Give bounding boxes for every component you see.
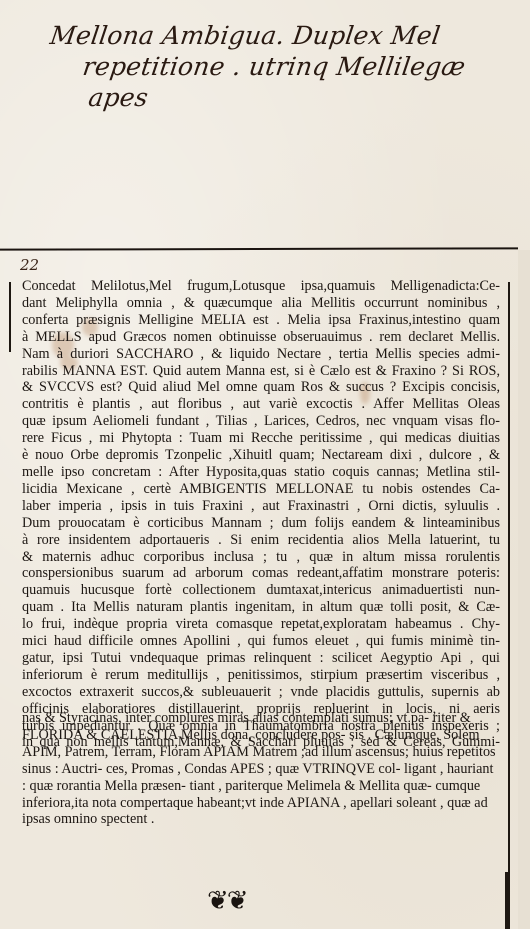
left-column-rule (9, 282, 11, 352)
manuscript-line: apes (39, 82, 483, 113)
manuscript-annotation: Mellona Ambigua. Duplex Mel repetitione … (39, 20, 492, 113)
text-line: contritis è plantis , aut floribus , aut… (22, 396, 500, 413)
text-line: rabilis MANNA EST. Quid autem Manna est,… (22, 363, 500, 380)
text-line: à MELLS apud Græcos nomen obtinuisse obs… (22, 329, 500, 346)
manuscript-line: repetitione . utrinq Mellilegæ (44, 51, 488, 82)
text-line: rere Ficus , mi Phytopta : Tuam mi Recch… (22, 430, 500, 447)
page-edge (518, 250, 530, 929)
text-line: è nouo Orbe depromis Tzonpelic ,Xihuitl … (22, 447, 500, 464)
text-line: quamuis hucusque fortè collectionem dumt… (22, 582, 500, 599)
text-line: & maternis adhuc corporibus inclusa ; tu… (22, 549, 500, 566)
manuscript-line: Mellona Ambigua. Duplex Mel (48, 20, 492, 51)
text-line: tiant , pariterque Melimela & Mellita qu… (189, 778, 431, 794)
text-line: quam . Ita Mellis naturam plantis ingeni… (22, 599, 500, 616)
text-line: habeant;vt inde APIANA , apellari (197, 795, 393, 811)
text-line: laber imperia , ipsis in tuis Fraxini , … (22, 498, 500, 515)
page-number: 22 (20, 256, 39, 274)
text-line: lo frui, indèque propria vireta comasque… (22, 616, 500, 633)
text-line: excoctos extraxerit succos,& subleuaueri… (22, 684, 500, 701)
text-line: melle ipso concretam : After Hyposita,qu… (22, 464, 500, 481)
text-line: ces, Promas , Condas APES ; quæ VTRINQVE… (106, 761, 401, 777)
text-line: conspersionibus suarum ad arborum comas … (22, 565, 500, 582)
text-line: & SVCCVS est? Quid aliud Mel omne quam R… (22, 379, 500, 396)
text-line: Concedat Melilotus,Mel frugum,Lotusque i… (22, 278, 500, 295)
right-column-rule (508, 282, 510, 904)
text-line: mici haud difficile omnes Apollini , qui… (22, 633, 500, 650)
text-line: nas & Styracinas, inter complures miras … (22, 710, 429, 726)
text-line: conferta præsignis Melligine MELIA est .… (22, 312, 500, 329)
text-line: Dum prouocatam è corticibus Mannam ; dum… (22, 515, 500, 532)
text-line: à rore insidentem adportaueris . Si enim… (22, 532, 500, 549)
body-text-block: Concedat Melilotus,Mel frugum,Lotusque i… (22, 278, 500, 751)
text-line: spectent . (101, 811, 155, 827)
text-line: licidia Mexicane , certè AMBIGENTIS MELL… (22, 481, 500, 498)
right-column-rule-thick (505, 872, 510, 929)
tapered-text-block: nas & Styracinas, inter complures miras … (22, 710, 500, 828)
text-line: quæ ipsum Aeliomeli fundant , Tilias , L… (22, 413, 500, 430)
text-line: inferiorum è rerum meditullijs , penitis… (22, 667, 500, 684)
text-line: gatur, ipsi Tutui vndequaque primas reli… (22, 650, 500, 667)
text-line: dant Meliphylla omnia , & quæcumque alia… (22, 295, 500, 312)
fleuron-ornament-icon: ❦❦ (207, 886, 247, 916)
text-line: Nam à duriori SACCHARO , & liquido Necta… (22, 346, 500, 363)
